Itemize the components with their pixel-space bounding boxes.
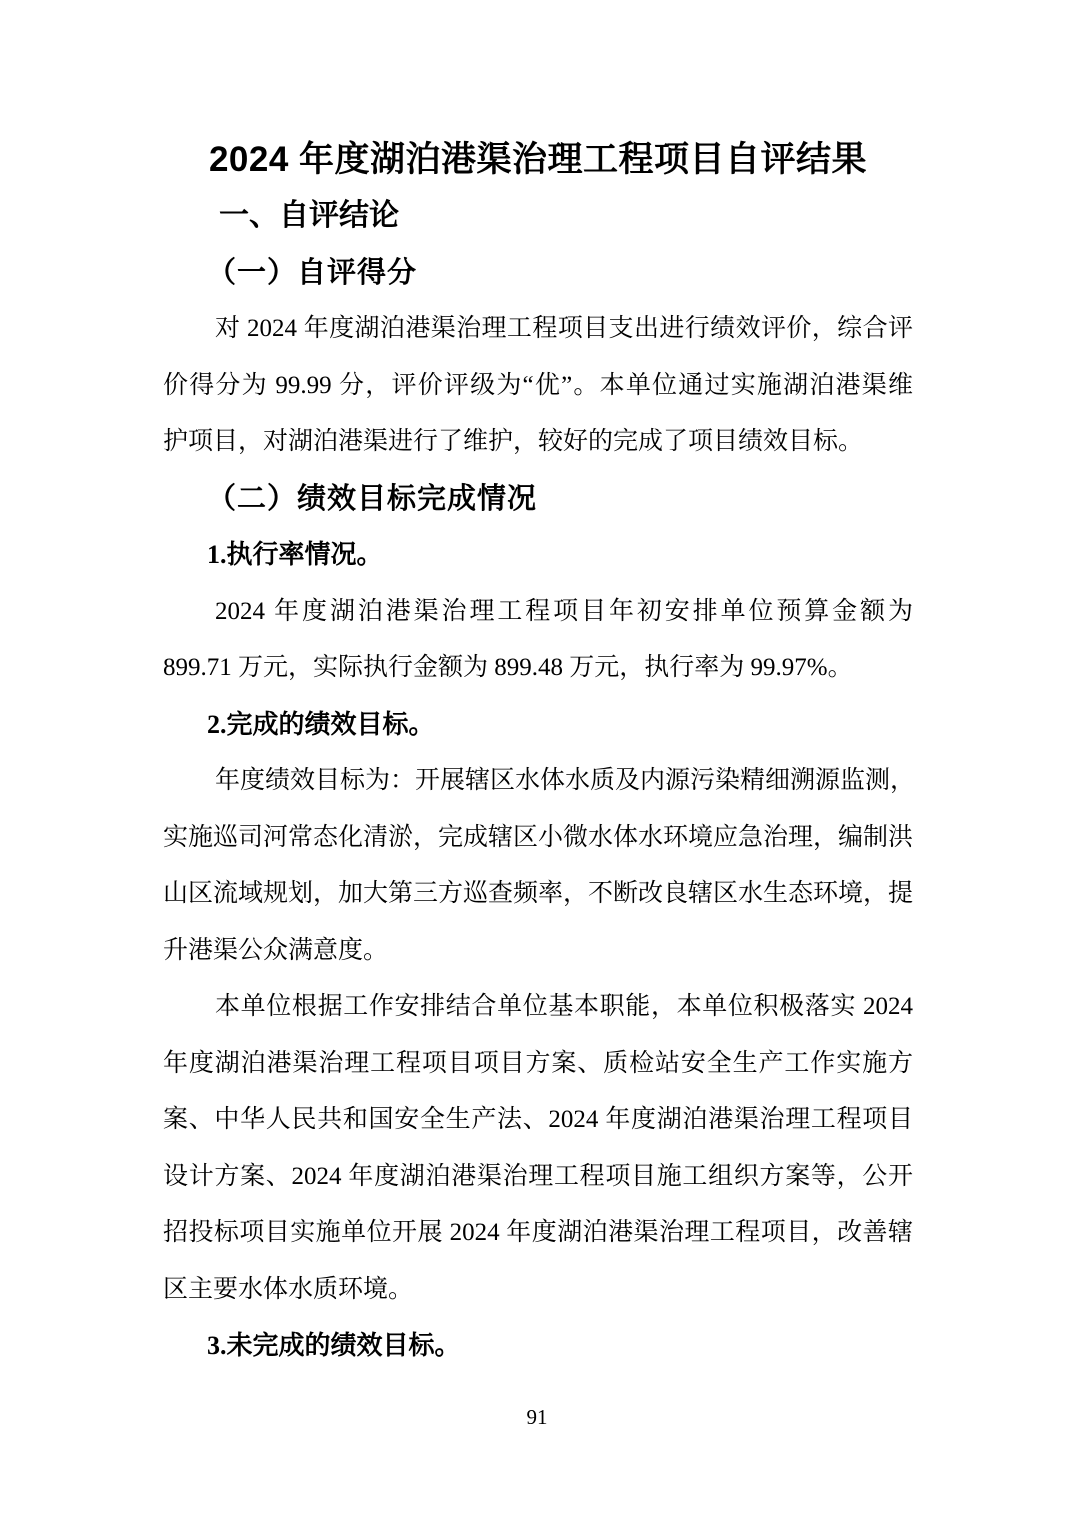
paragraph-line: 年度绩效目标为：开展辖区水体水质及内源污染精细溯源监测， [163, 753, 913, 810]
heading-target-completion: （二）绩效目标完成情况 [163, 471, 913, 528]
paragraph-line: 实施巡司河常态化清淤，完成辖区小微水体水环境应急治理，编制洪 [163, 810, 913, 867]
paragraph-line: 本单位根据工作安排结合单位基本职能，本单位积极落实 2024 [163, 979, 913, 1036]
paragraph-line: 2024 年度湖泊港渠治理工程项目年初安排单位预算金额为 [163, 584, 913, 641]
paragraph-line: 年度湖泊港渠治理工程项目项目方案、质检站安全生产工作实施方 [163, 1036, 913, 1093]
document-page: 2024 年度湖泊港渠治理工程项目自评结果 一、自评结论 （一）自评得分 对 2… [0, 0, 1074, 1520]
paragraph-line: 护项目，对湖泊港渠进行了维护，较好的完成了项目绩效目标。 [163, 414, 913, 471]
heading-execution-rate: 1.执行率情况。 [163, 527, 913, 584]
paragraph-line: 升港渠公众满意度。 [163, 923, 913, 980]
page-number: 91 [0, 1402, 1074, 1432]
heading-uncompleted-targets: 3.未完成的绩效目标。 [163, 1318, 913, 1375]
heading-self-eval-score: （一）自评得分 [163, 245, 913, 302]
paragraph-implementation: 本单位根据工作安排结合单位基本职能，本单位积极落实 2024 年度湖泊港渠治理工… [163, 979, 913, 1318]
paragraph-line: 山区流域规划，加大第三方巡查频率，不断改良辖区水生态环境，提 [163, 866, 913, 923]
paragraph-line: 设计方案、2024 年度湖泊港渠治理工程项目施工组织方案等，公开 [163, 1149, 913, 1206]
heading-self-eval-conclusion: 一、自评结论 [163, 188, 913, 245]
paragraph-line: 价得分为 99.99 分，评价评级为“优”。本单位通过实施湖泊港渠维 [163, 358, 913, 415]
paragraph-line: 对 2024 年度湖泊港渠治理工程项目支出进行绩效评价，综合评 [163, 301, 913, 358]
paragraph-line: 区主要水体水质环境。 [163, 1262, 913, 1319]
heading-completed-targets: 2.完成的绩效目标。 [163, 697, 913, 754]
paragraph-line: 899.71 万元，实际执行金额为 899.48 万元，执行率为 99.97%。 [163, 640, 913, 697]
paragraph-annual-target: 年度绩效目标为：开展辖区水体水质及内源污染精细溯源监测， 实施巡司河常态化清淤，… [163, 753, 913, 979]
document-title: 2024 年度湖泊港渠治理工程项目自评结果 [163, 132, 913, 188]
paragraph-line: 招投标项目实施单位开展 2024 年度湖泊港渠治理工程项目，改善辖 [163, 1205, 913, 1262]
paragraph-execution-rate: 2024 年度湖泊港渠治理工程项目年初安排单位预算金额为 899.71 万元，实… [163, 584, 913, 697]
paragraph-self-eval-score: 对 2024 年度湖泊港渠治理工程项目支出进行绩效评价，综合评 价得分为 99.… [163, 301, 913, 471]
paragraph-line: 案、中华人民共和国安全生产法、2024 年度湖泊港渠治理工程项目 [163, 1092, 913, 1149]
